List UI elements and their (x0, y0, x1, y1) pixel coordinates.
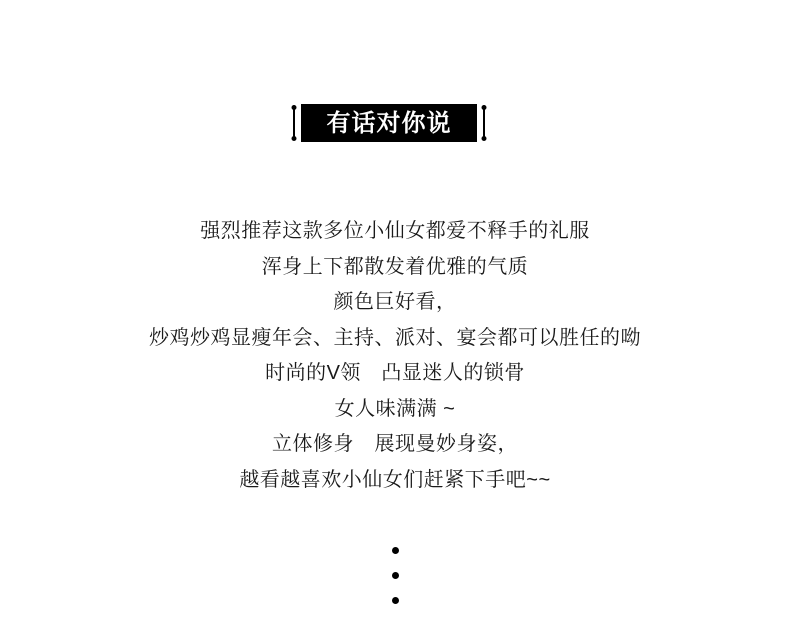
vertical-ellipsis (0, 547, 790, 604)
description-line: 越看越喜欢小仙女们赶紧下手吧~~ (0, 463, 790, 499)
ellipsis-dot-icon (392, 597, 399, 604)
description-line: 女人味满满 ~ (0, 392, 790, 428)
description-line: 炒鸡炒鸡显瘦年会、主持、派对、宴会都可以胜任的呦 (0, 321, 790, 357)
banner-accent-right (481, 105, 486, 141)
ellipsis-dot-icon (392, 547, 399, 554)
accent-line-icon (293, 107, 295, 139)
description-line: 立体修身 展现曼妙身姿， (0, 427, 790, 463)
description-text-block: 强烈推荐这款多位小仙女都爱不释手的礼服 浑身上下都散发着优雅的气质 颜色巨好看，… (0, 214, 790, 498)
banner-title-box: 有话对你说 (301, 104, 477, 142)
description-line: 浑身上下都散发着优雅的气质 (0, 250, 790, 286)
description-line: 颜色巨好看， (0, 285, 790, 321)
section-banner: 有话对你说 (291, 104, 486, 142)
product-description-page: 有话对你说 强烈推荐这款多位小仙女都爱不释手的礼服 浑身上下都散发着优雅的气质 … (0, 0, 790, 626)
description-line: 时尚的V领 凸显迷人的锁骨 (0, 356, 790, 392)
ellipsis-dot-icon (392, 572, 399, 579)
banner-accent-left (291, 105, 296, 141)
accent-dot-bottom-icon (481, 136, 486, 141)
accent-dot-bottom-icon (291, 136, 296, 141)
accent-line-icon (483, 107, 485, 139)
description-line: 强烈推荐这款多位小仙女都爱不释手的礼服 (0, 214, 790, 250)
banner-title: 有话对你说 (327, 111, 452, 136)
